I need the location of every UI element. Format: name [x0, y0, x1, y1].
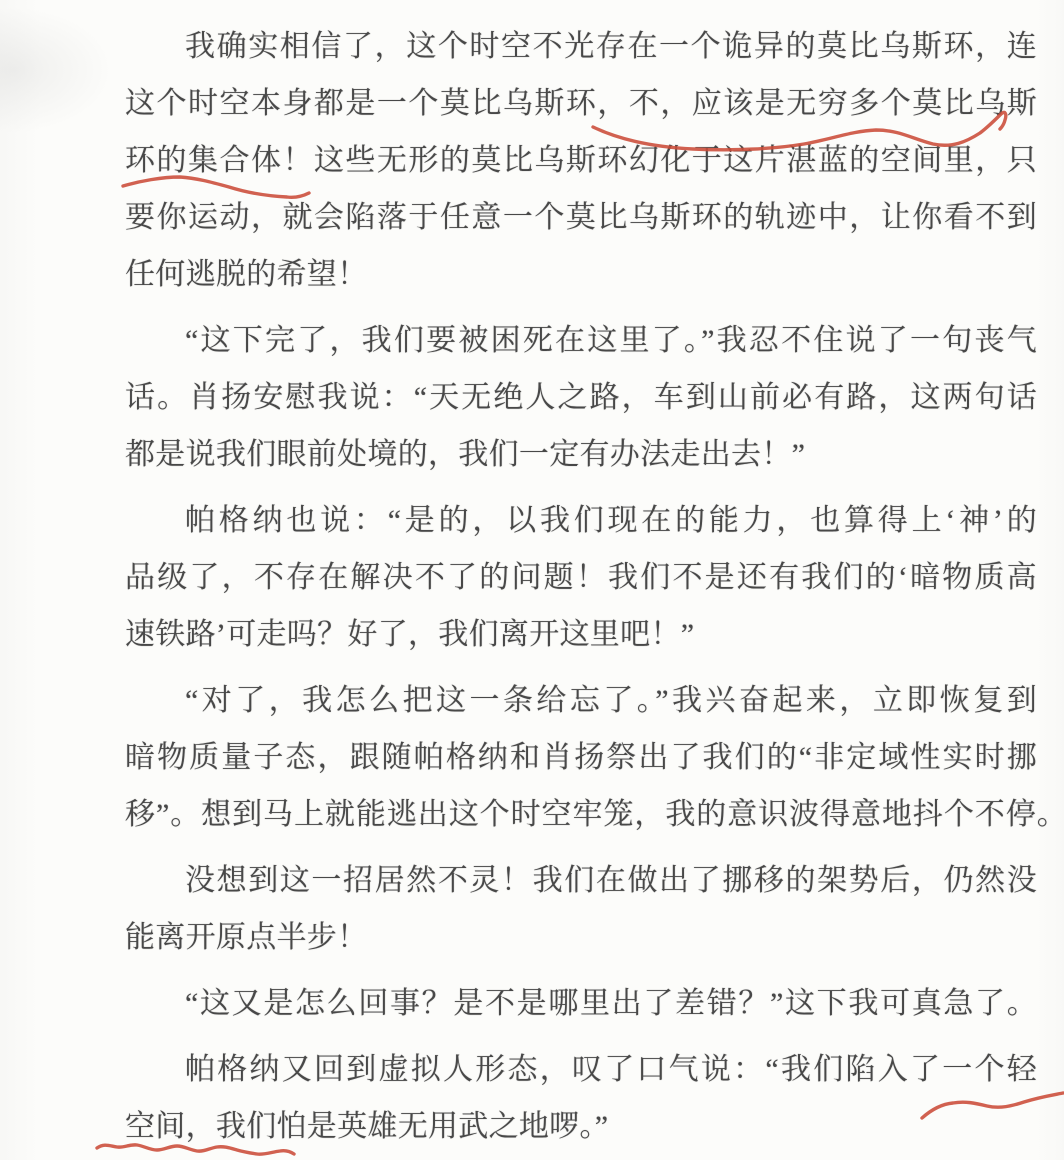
paragraph-7: 帕格纳又回到虚拟人形态，叹了口气说：“我们陷入了一个轻空间，我们怕是英雄无用武之…: [125, 1041, 1037, 1155]
text-line: 品级了，不存在解决不了的问题！我们不是还有我们的‘暗物质高: [125, 549, 1037, 606]
paragraph-6: “这又是怎么回事？是不是哪里出了差错？”这下我可真急了。: [125, 975, 1037, 1032]
text-line: 空间，我们怕是英雄无用武之地啰。”: [125, 1098, 1037, 1155]
text-line: “对了，我怎么把这一条给忘了。”我兴奋起来，立即恢复到: [125, 672, 1037, 729]
text-line: 帕格纳也说：“是的，以我们现在的能力，也算得上‘神’的: [125, 492, 1037, 549]
paragraph-4: “对了，我怎么把这一条给忘了。”我兴奋起来，立即恢复到暗物质量子态，跟随帕格纳和…: [125, 672, 1037, 843]
text-column: 我确实相信了，这个时空不光存在一个诡异的莫比乌斯环，连这个时空本身都是一个莫比乌…: [125, 18, 1037, 1160]
text-line: “这下完了，我们要被困死在这里了。”我忍不住说了一句丧气: [125, 312, 1037, 369]
paragraph-2: “这下完了，我们要被困死在这里了。”我忍不住说了一句丧气话。肖扬安慰我说：“天无…: [125, 312, 1037, 483]
scanned-page: 我确实相信了，这个时空不光存在一个诡异的莫比乌斯环，连这个时空本身都是一个莫比乌…: [0, 0, 1064, 1160]
text-line: 这个时空本身都是一个莫比乌斯环，不，应该是无穷多个莫比乌斯: [125, 75, 1037, 132]
text-line: 暗物质量子态，跟随帕格纳和肖扬祭出了我们的“非定域性实时挪: [125, 729, 1037, 786]
text-line: 任何逃脱的希望！: [125, 246, 1037, 303]
text-line: “这又是怎么回事？是不是哪里出了差错？”这下我可真急了。: [125, 975, 1037, 1032]
paragraph-1: 我确实相信了，这个时空不光存在一个诡异的莫比乌斯环，连这个时空本身都是一个莫比乌…: [125, 18, 1037, 303]
text-line: 要你运动，就会陷落于任意一个莫比乌斯环的轨迹中，让你看不到: [125, 189, 1037, 246]
text-line: 能离开原点半步！: [125, 909, 1037, 966]
paragraph-5: 没想到这一招居然不灵！我们在做出了挪移的架势后，仍然没能离开原点半步！: [125, 852, 1037, 966]
paragraph-3: 帕格纳也说：“是的，以我们现在的能力，也算得上‘神’的品级了，不存在解决不了的问…: [125, 492, 1037, 663]
text-line: 移”。想到马上就能逃出这个时空牢笼，我的意识波得意地抖个不停。: [125, 786, 1064, 843]
text-line: 没想到这一招居然不灵！我们在做出了挪移的架势后，仍然没: [125, 852, 1037, 909]
text-line: 我确实相信了，这个时空不光存在一个诡异的莫比乌斯环，连: [125, 18, 1037, 75]
text-line: 都是说我们眼前处境的，我们一定有办法走出去！”: [125, 426, 1037, 483]
text-line: 话。肖扬安慰我说：“天无绝人之路，车到山前必有路，这两句话: [125, 369, 1037, 426]
text-line: 帕格纳又回到虚拟人形态，叹了口气说：“我们陷入了一个轻: [125, 1041, 1037, 1098]
text-line: 环的集合体！这些无形的莫比乌斯环幻化于这片湛蓝的空间里，只: [125, 132, 1037, 189]
text-line: 速铁路’可走吗？好了，我们离开这里吧！”: [125, 606, 1037, 663]
